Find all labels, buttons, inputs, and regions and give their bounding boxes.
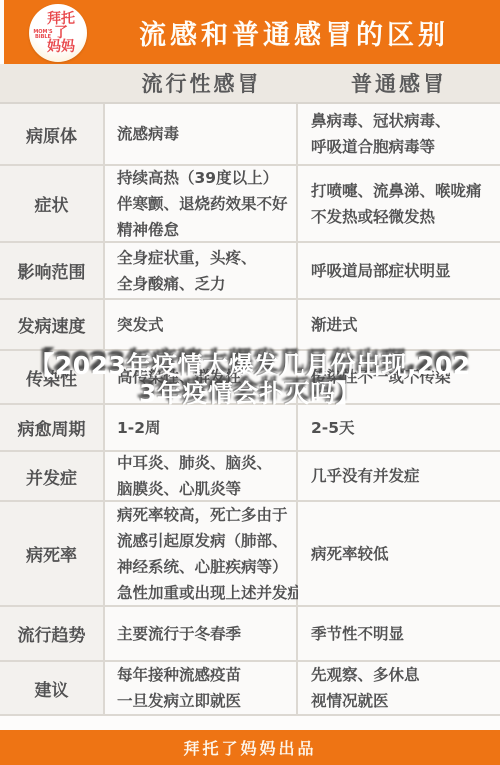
- flu-cell: 流感病毒: [105, 104, 298, 164]
- column-header-flu: 流行性感冒: [105, 64, 298, 102]
- table-row: 影响范围 全身症状重，头疼、全身酸痛、乏力 呼吸道局部症状明显: [0, 243, 500, 300]
- flu-cell: 病死率较高，死亡多由于流感引起原发病（肺部、神经系统、心脏疾病等）急性加重或出现…: [105, 502, 298, 605]
- cold-cell: 打喷嚏、流鼻涕、喉咙痛不发热或轻微发热: [298, 166, 500, 241]
- flu-cell: 持续高热（39度以上）伴寒颤、退烧药效果不好精神倦怠: [105, 166, 298, 241]
- row-label: 影响范围: [0, 243, 105, 298]
- row-label: 传染性: [0, 351, 105, 403]
- row-label: 建议: [0, 662, 105, 714]
- row-label: 病愈周期: [0, 405, 105, 450]
- table-row: 发病速度 突发式 渐进式: [0, 300, 500, 351]
- row-label: 并发症: [0, 452, 105, 500]
- table-row: 建议 每年接种流感疫苗一旦发病立即就医 先观察、多休息视情况就医: [0, 662, 500, 716]
- footer-credit: 拜托了妈妈出品: [183, 736, 316, 759]
- row-label: 流行趋势: [0, 607, 105, 660]
- row-label: 发病速度: [0, 300, 105, 349]
- row-label: 症状: [0, 166, 105, 241]
- logo-sub-line2: BIBLE: [32, 35, 54, 40]
- flu-cell: 主要流行于冬春季: [105, 607, 298, 660]
- cold-cell: 2-5天: [298, 405, 500, 450]
- table-row: 病愈周期 1-2周 2-5天: [0, 405, 500, 452]
- footer-bar: 拜托了妈妈出品: [0, 730, 500, 765]
- cold-cell: 鼻病毒、冠状病毒、呼吸道合胞病毒等: [298, 104, 500, 164]
- table-row: 传染性 高传染性、群发性 传染性不一或不传染: [0, 351, 500, 405]
- flu-cell: 中耳炎、肺炎、脑炎、脑膜炎、心肌炎等: [105, 452, 298, 500]
- logo-sub-text: MOM'S BIBLE: [32, 30, 54, 40]
- column-header-cold: 普通感冒: [298, 64, 500, 102]
- header-banner: 拜托了 妈妈 MOM'S BIBLE 流感和普通感冒的区别: [0, 0, 500, 64]
- comparison-table: 病原体 流感病毒 鼻病毒、冠状病毒、呼吸道合胞病毒等 症状 持续高热（39度以上…: [0, 104, 500, 716]
- flu-cell: 每年接种流感疫苗一旦发病立即就医: [105, 662, 298, 714]
- cold-cell: 季节性不明显: [298, 607, 500, 660]
- flu-cell: 1-2周: [105, 405, 298, 450]
- flu-cell: 高传染性、群发性: [105, 351, 298, 403]
- table-row: 流行趋势 主要流行于冬春季 季节性不明显: [0, 607, 500, 662]
- cold-cell: 传染性不一或不传染: [298, 351, 500, 403]
- row-label: 病死率: [0, 502, 105, 605]
- column-header-row: 流行性感冒 普通感冒: [0, 64, 500, 104]
- infographic-card: 拜托了 妈妈 MOM'S BIBLE 流感和普通感冒的区别 流行性感冒 普通感冒…: [0, 0, 500, 765]
- table-row: 症状 持续高热（39度以上）伴寒颤、退烧药效果不好精神倦怠 打喷嚏、流鼻涕、喉咙…: [0, 166, 500, 243]
- table-row: 病死率 病死率较高，死亡多由于流感引起原发病（肺部、神经系统、心脏疾病等）急性加…: [0, 502, 500, 607]
- cold-cell: 渐进式: [298, 300, 500, 349]
- logo-line2: 妈妈: [41, 40, 81, 54]
- cold-cell: 先观察、多休息视情况就医: [298, 662, 500, 714]
- flu-cell: 全身症状重，头疼、全身酸痛、乏力: [105, 243, 298, 298]
- page-title: 流感和普通感冒的区别: [104, 0, 484, 64]
- column-header-spacer: [0, 64, 105, 102]
- moms-bible-logo: 拜托了 妈妈 MOM'S BIBLE: [29, 4, 87, 62]
- cold-cell: 呼吸道局部症状明显: [298, 243, 500, 298]
- cold-cell: 病死率较低: [298, 502, 500, 605]
- flu-cell: 突发式: [105, 300, 298, 349]
- table-row: 病原体 流感病毒 鼻病毒、冠状病毒、呼吸道合胞病毒等: [0, 104, 500, 166]
- cold-cell: 几乎没有并发症: [298, 452, 500, 500]
- row-label: 病原体: [0, 104, 105, 164]
- table-row: 并发症 中耳炎、肺炎、脑炎、脑膜炎、心肌炎等 几乎没有并发症: [0, 452, 500, 502]
